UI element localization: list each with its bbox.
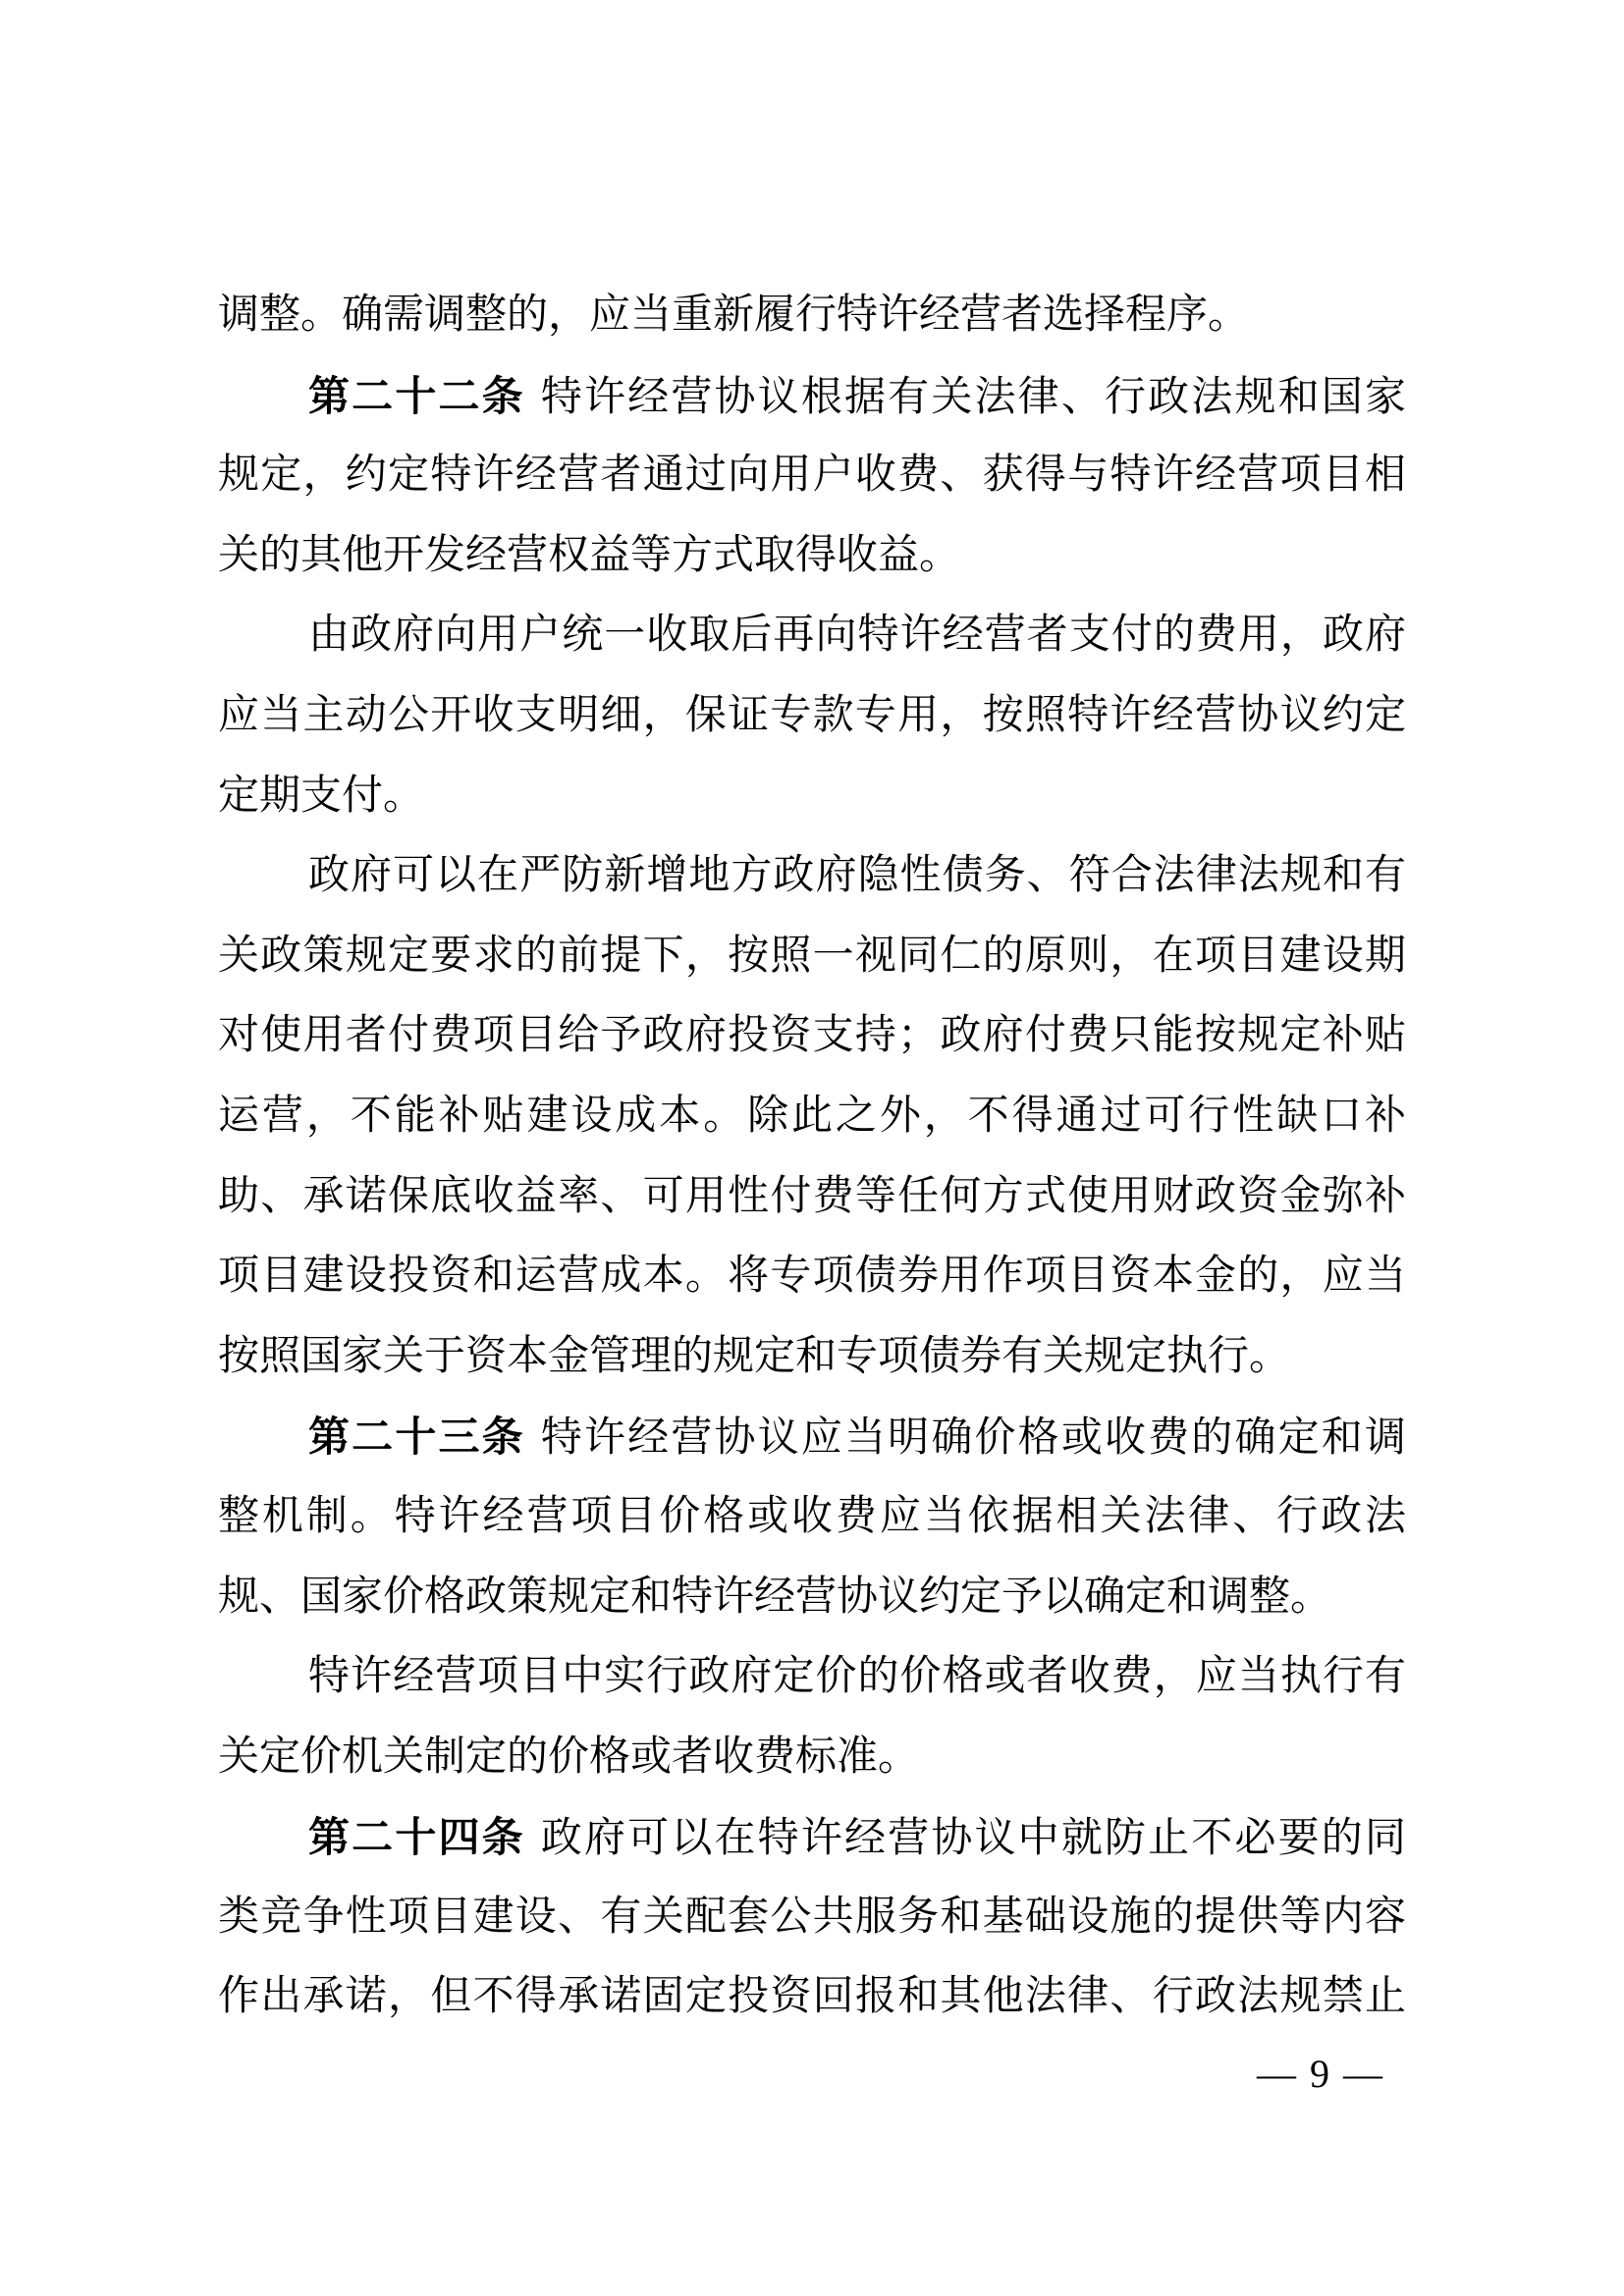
text-line: 应当主动公开收支明细，保证专款专用，按照特许经营协议约定	[218, 676, 1406, 757]
article-22-line-text: 特许经营协议根据有关法律、行政法规和国家	[541, 375, 1406, 420]
text-line: 按照国家关于资本金管理的规定和专项债券有关规定执行。	[218, 1317, 1406, 1398]
article-22-number-bold: 第二十二条	[308, 373, 525, 419]
article-24-number-bold: 第二十四条	[308, 1814, 525, 1860]
article-23-heading-line: 第二十三条特许经营协议应当明确价格或收费的确定和调	[218, 1397, 1406, 1477]
text-line: 整机制。特许经营项目价格或收费应当依据相关法律、行政法	[218, 1477, 1406, 1558]
text-line: 作出承诺，但不得承诺固定投资回报和其他法律、行政法规禁止	[218, 1957, 1406, 2038]
text-line: 由政府向用户统一收取后再向特许经营者支付的费用，政府	[218, 596, 1406, 676]
text-line: 定期支付。	[218, 757, 1406, 837]
text-line: 助、承诺保底收益率、可用性付费等任何方式使用财政资金弥补	[218, 1157, 1406, 1238]
text-line: 规、国家价格政策规定和特许经营协议约定予以确定和调整。	[218, 1558, 1406, 1638]
text-line: 特许经营项目中实行政府定价的价格或者收费，应当执行有	[218, 1637, 1406, 1718]
text-line: 关定价机关制定的价格或者收费标准。	[218, 1718, 1406, 1798]
text-block: 调整。确需调整的，应当重新履行特许经营者选择程序。 第二十二条特许经营协议根据有…	[218, 276, 1406, 2038]
text-line: 关的其他开发经营权益等方式取得收益。	[218, 516, 1406, 597]
article-22-heading-line: 第二十二条特许经营协议根据有关法律、行政法规和国家	[218, 356, 1406, 437]
text-line: 类竞争性项目建设、有关配套公共服务和基础设施的提供等内容	[218, 1878, 1406, 1958]
article-23-number-bold: 第二十三条	[308, 1414, 525, 1460]
text-line: 调整。确需调整的，应当重新履行特许经营者选择程序。	[218, 276, 1406, 356]
scanned-document-page: { "document": { "footer": "— 9 —", "page…	[0, 0, 1624, 2296]
article-23-line-text: 特许经营协议应当明确价格或收费的确定和调	[541, 1415, 1406, 1461]
text-line: 项目建设投资和运营成本。将专项债券用作项目资本金的，应当	[218, 1237, 1406, 1317]
article-24-line-text: 政府可以在特许经营协议中就防止不必要的同	[541, 1816, 1406, 1861]
text-line: 运营，不能补贴建设成本。除此之外，不得通过可行性缺口补	[218, 1077, 1406, 1157]
text-line: 对使用者付费项目给予政府投资支持；政府付费只能按规定补贴	[218, 996, 1406, 1077]
page: 调整。确需调整的，应当重新履行特许经营者选择程序。 第二十二条特许经营协议根据有…	[0, 0, 1624, 2296]
page-number-footer: — 9 —	[1257, 2055, 1384, 2094]
text-line: 政府可以在严防新增地方政府隐性债务、符合法律法规和有	[218, 836, 1406, 917]
text-line: 关政策规定要求的前提下，按照一视同仁的原则，在项目建设期	[218, 917, 1406, 997]
article-24-heading-line: 第二十四条政府可以在特许经营协议中就防止不必要的同	[218, 1797, 1406, 1878]
text-line: 规定，约定特许经营者通过向用户收费、获得与特许经营项目相	[218, 436, 1406, 516]
